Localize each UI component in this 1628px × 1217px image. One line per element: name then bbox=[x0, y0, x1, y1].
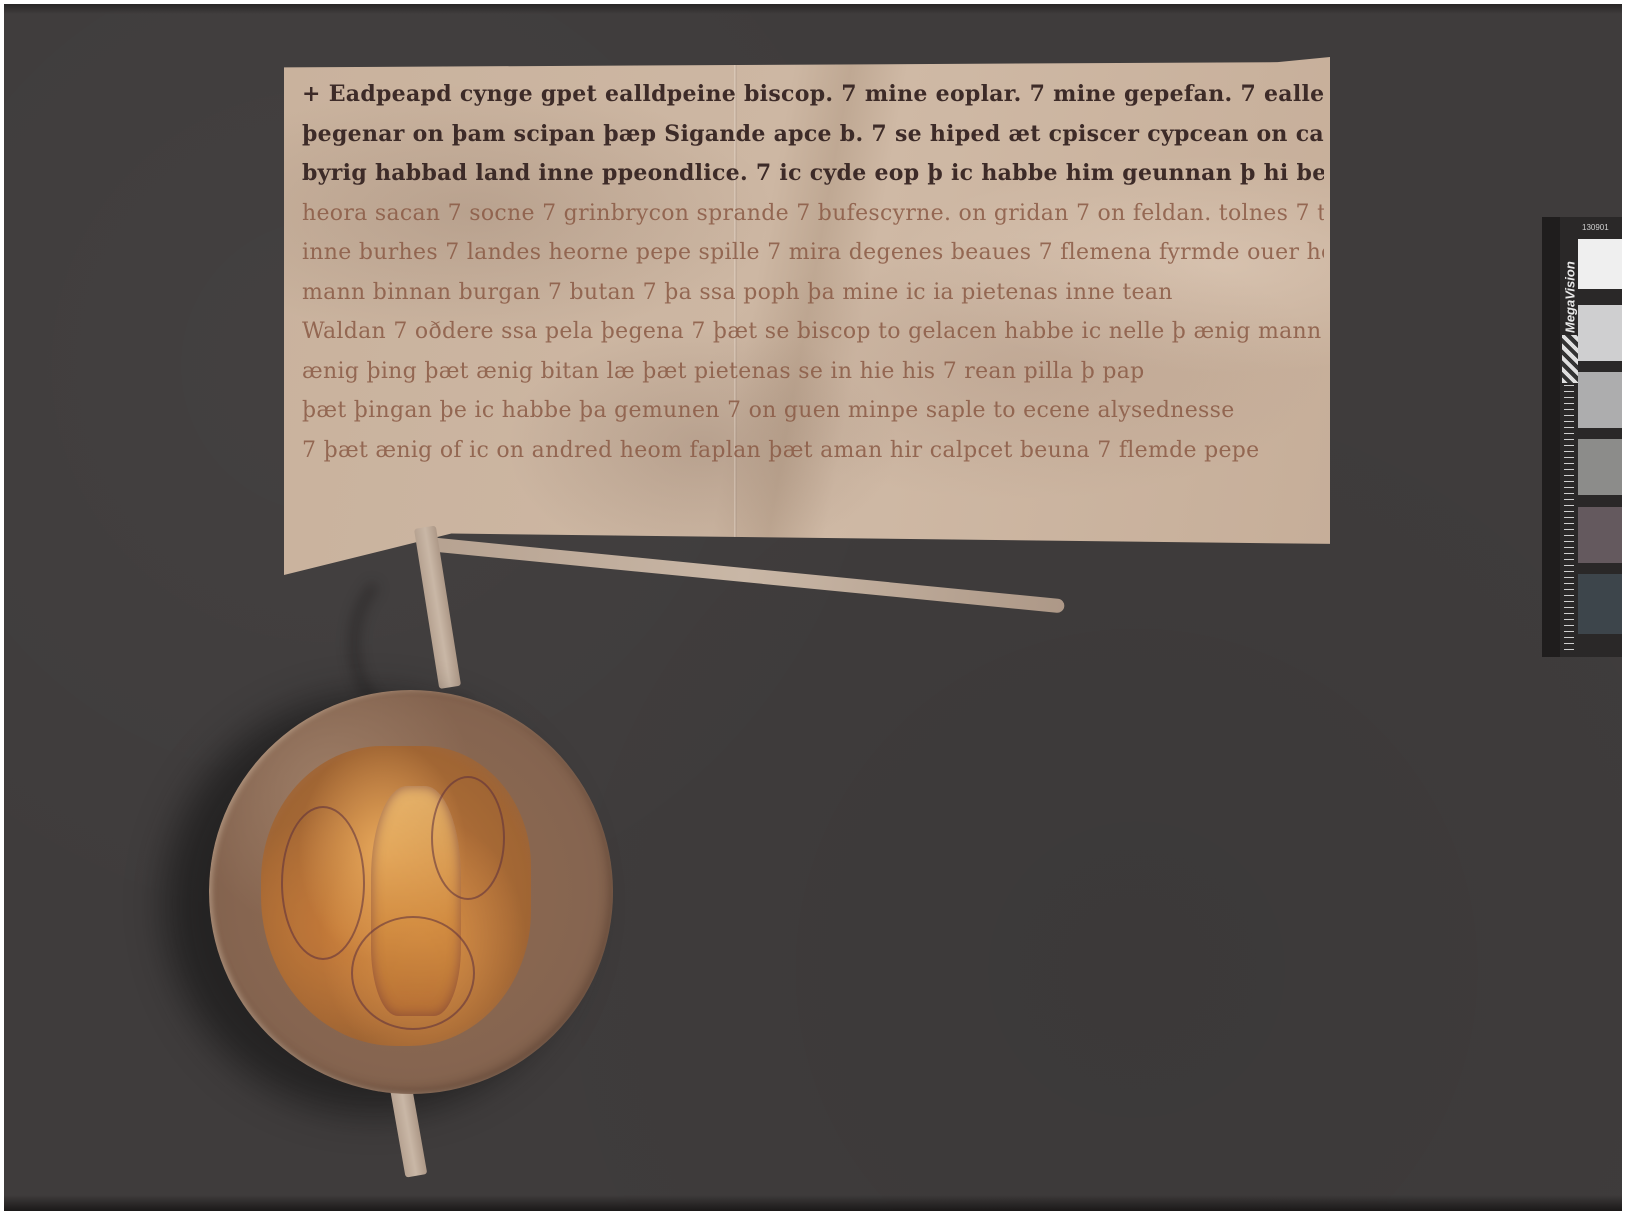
charter-line: + Eadpeapd cynge gpet ealldpeine biscop.… bbox=[302, 75, 1324, 115]
charter-line: ænig þing þæt ænig bitan læ þæt pietenas… bbox=[302, 352, 1324, 392]
chart-logo-icon bbox=[1562, 335, 1578, 383]
parchment-tie-strap bbox=[427, 537, 1065, 613]
charter-line: byrig habbad land inne ppeondlice. 7 ic … bbox=[302, 154, 1324, 194]
gray-patch-4 bbox=[1578, 439, 1622, 495]
charter-line: 7 þæt ænig of ic on andred heom faplan þ… bbox=[302, 431, 1324, 471]
charter-line: heora sacan 7 socne 7 grinbrycon sprande… bbox=[302, 194, 1324, 234]
chart-id-label: 130901 bbox=[1582, 223, 1609, 232]
seal-impression bbox=[261, 746, 531, 1046]
charter-parchment: + Eadpeapd cynge gpet ealldpeine biscop.… bbox=[284, 57, 1330, 575]
color-calibration-chart: MegaVision 130901 bbox=[1542, 217, 1622, 657]
charter-line: Waldan 7 oðdere ssa pela þegena 7 þæt se… bbox=[302, 312, 1324, 352]
charter-text: + Eadpeapd cynge gpet ealldpeine biscop.… bbox=[302, 75, 1324, 470]
bottom-edge-shadow bbox=[4, 1195, 1622, 1211]
seal-ridge bbox=[281, 806, 365, 960]
charter-line: mann binnan burgan 7 butan 7 þa ssa poph… bbox=[302, 273, 1324, 313]
gray-patch-1 bbox=[1578, 239, 1622, 289]
seal-ridge bbox=[431, 776, 505, 900]
chart-rail bbox=[1542, 217, 1560, 657]
wax-seal bbox=[209, 690, 613, 1094]
charter-line: þegenar on þam scipan þæp Sigande apce b… bbox=[302, 115, 1324, 155]
gray-patch-3 bbox=[1578, 372, 1622, 428]
charter-line: inne burhes 7 landes heorne pepe spille … bbox=[302, 233, 1324, 273]
gray-patch-2 bbox=[1578, 305, 1622, 361]
gray-patch-5 bbox=[1578, 507, 1622, 563]
charter-line: þæt þingan þe ic habbe þa gemunen 7 on g… bbox=[302, 391, 1324, 431]
chart-ruler bbox=[1564, 385, 1574, 653]
photograph: + Eadpeapd cynge gpet ealldpeine biscop.… bbox=[4, 4, 1622, 1211]
top-edge-shadow bbox=[4, 4, 1622, 14]
seal-ridge bbox=[351, 916, 475, 1030]
gray-patch-6 bbox=[1578, 574, 1622, 634]
